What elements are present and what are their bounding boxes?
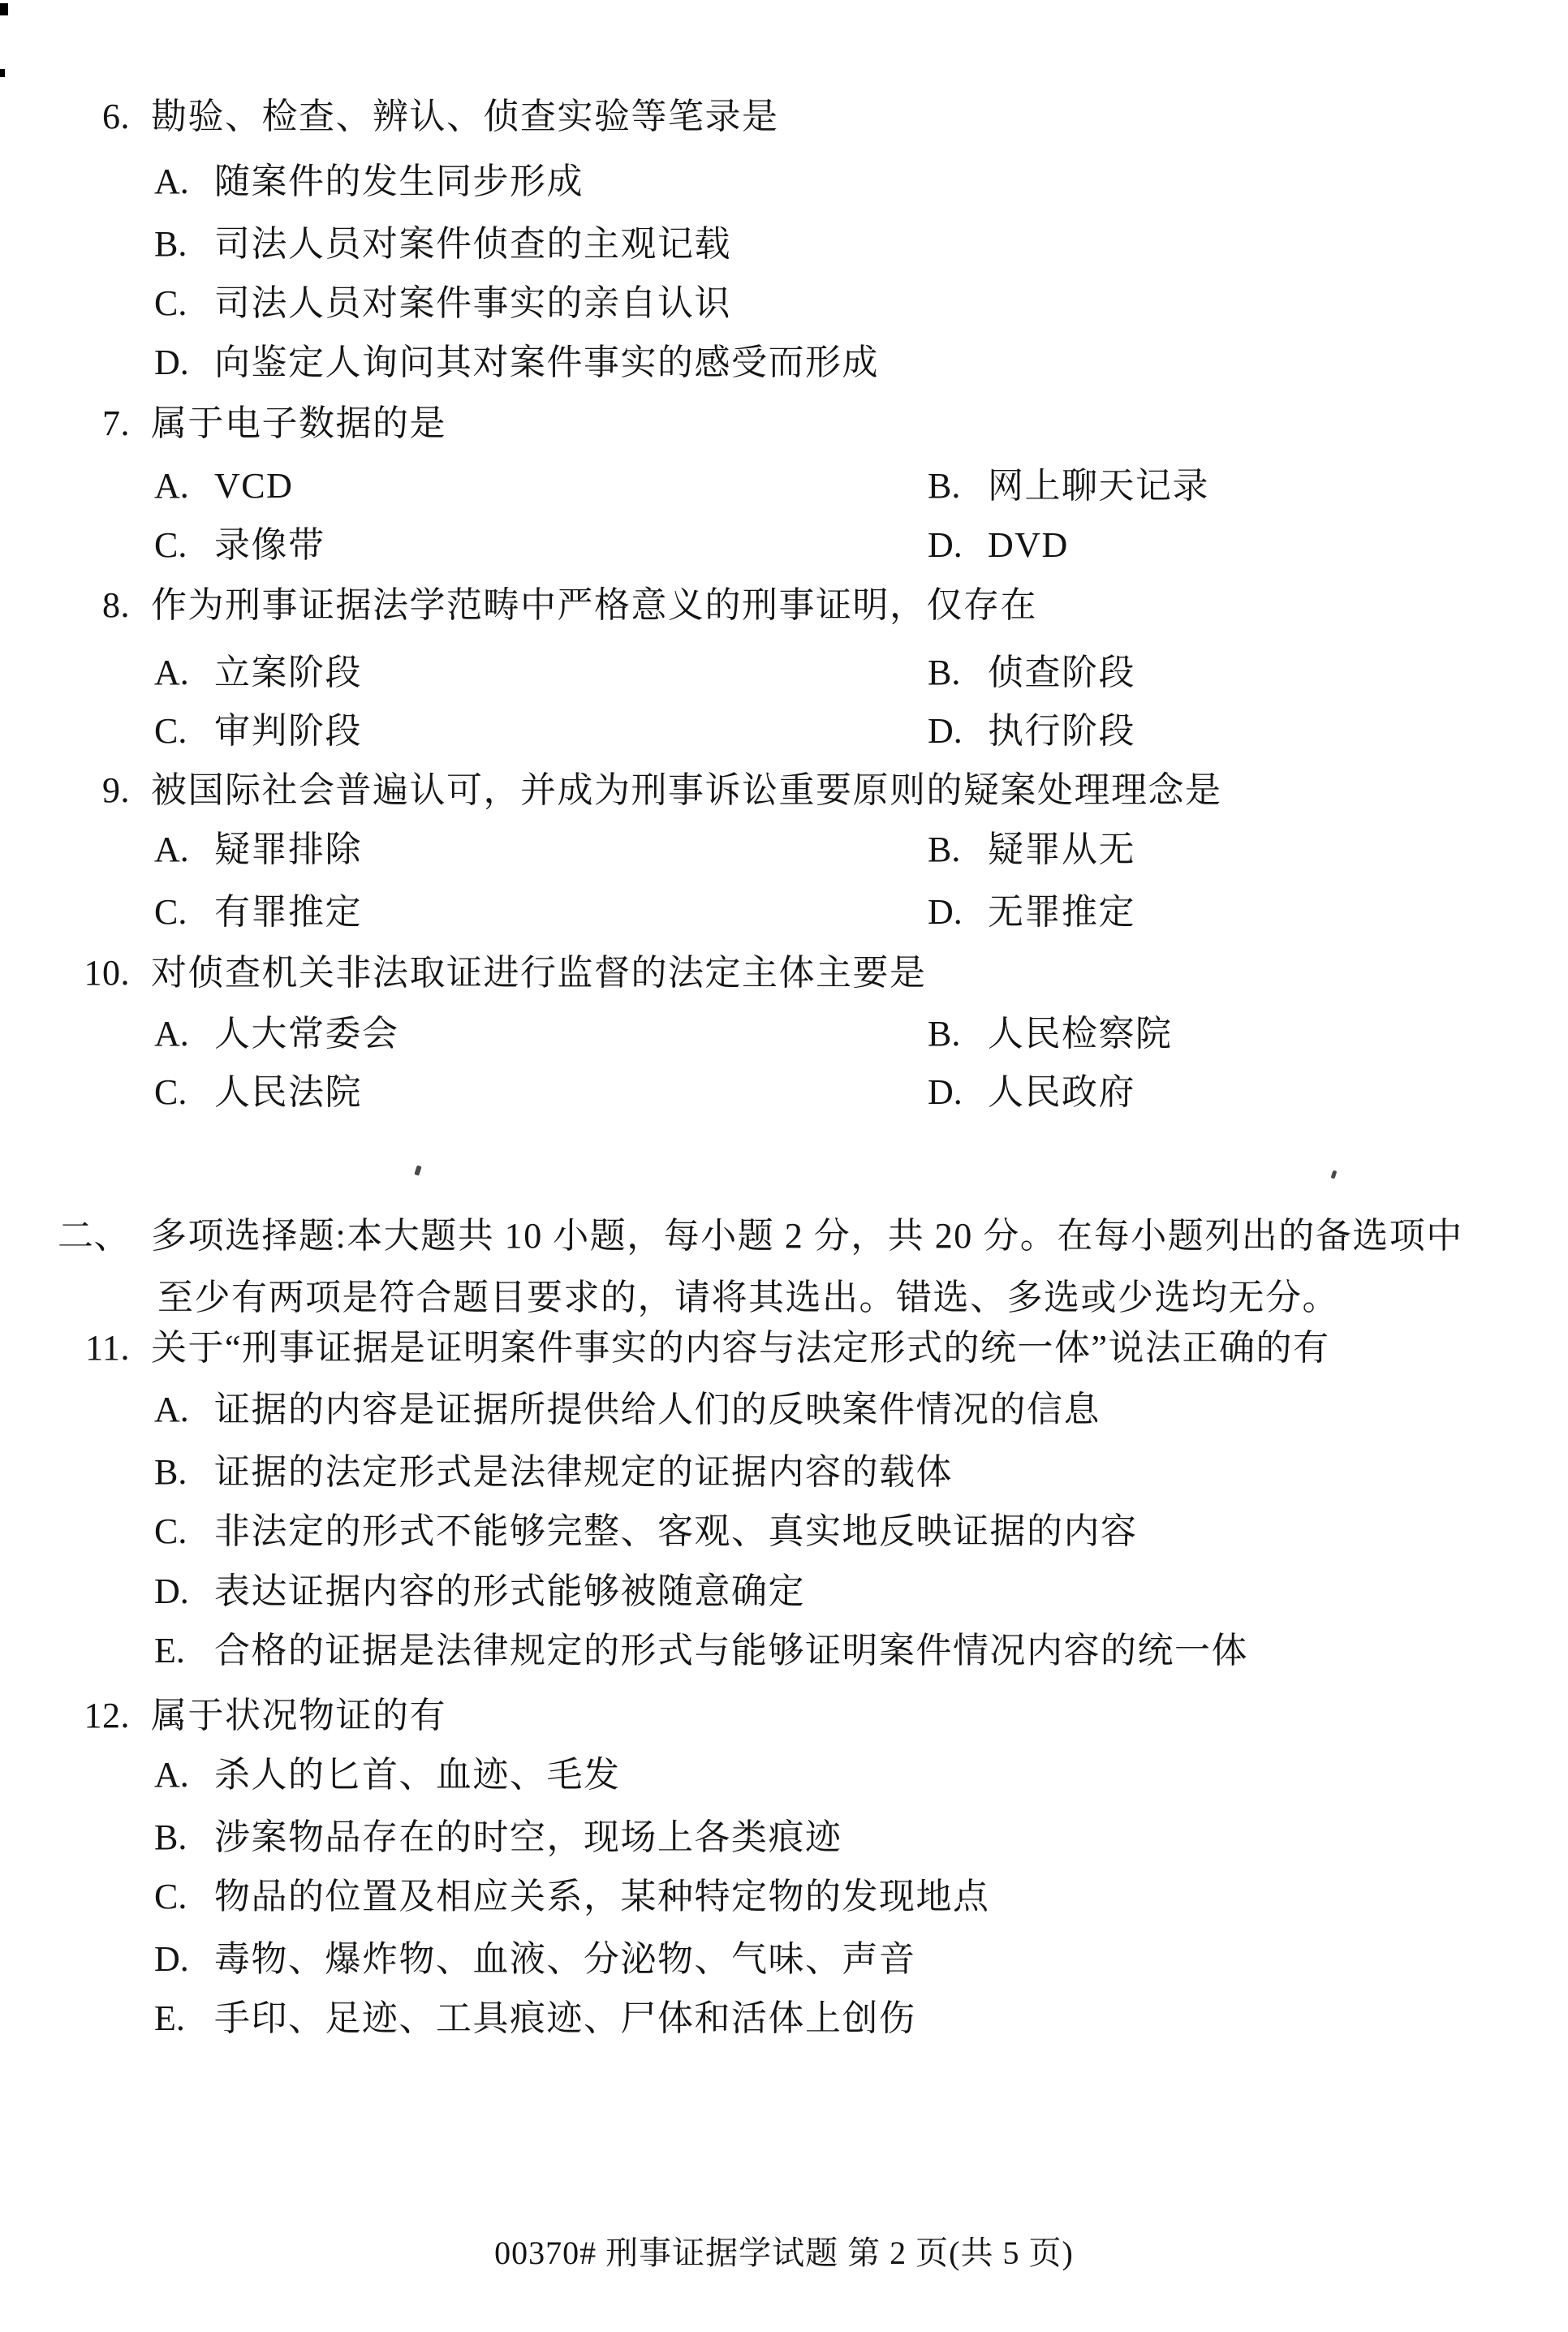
scan-speck	[414, 1165, 421, 1175]
question-10-stem-line: 10.对侦查机关非法取证进行监督的法定主体主要是	[0, 952, 927, 994]
option-text: 审判阶段	[214, 711, 362, 751]
option-label: D.	[928, 1071, 988, 1114]
option-text: 证据的法定形式是法律规定的证据内容的载体	[214, 1452, 953, 1492]
option-text: 合格的证据是法律规定的形式与能够证明案件情况内容的统一体	[214, 1631, 1248, 1670]
option-text: 人民检察院	[988, 1014, 1173, 1054]
question-6-stem: 勘验、检查、辨认、侦查实验等笔录是	[151, 97, 779, 136]
option-text: 人民法院	[214, 1072, 362, 1112]
question-11-stem: 关于“刑事证据是证明案件事实的内容与法定形式的统一体”说法正确的有	[151, 1328, 1330, 1368]
question-10-option-c: C.人民法院	[154, 1071, 362, 1114]
question-12-number: 12.	[0, 1695, 130, 1737]
option-label: B.	[154, 223, 214, 265]
option-text: 有罪推定	[214, 892, 362, 932]
question-11-option-d: D.表达证据内容的形式能够被随意确定	[154, 1571, 805, 1613]
option-text: 执行阶段	[988, 711, 1135, 751]
option-text: 物品的位置及相应关系，某种特定物的发现地点	[214, 1877, 990, 1916]
option-text: 录像带	[214, 525, 325, 565]
question-8-stem: 作为刑事证据法学范畴中严格意义的刑事证明，仅存在	[151, 585, 1037, 625]
option-label: A.	[154, 829, 214, 871]
option-label: D.	[928, 524, 988, 567]
option-text: DVD	[988, 525, 1069, 565]
question-12-option-a: A.杀人的匕首、血迹、毛发	[154, 1754, 621, 1796]
question-9-number: 9.	[0, 769, 130, 812]
option-text: 疑罪从无	[988, 830, 1135, 869]
question-6-option-c: C.司法人员对案件事实的亲自认识	[154, 282, 731, 325]
question-10-option-b: B.人民检察院	[928, 1013, 1173, 1055]
section-2-number: 二、	[0, 1215, 130, 1257]
question-7-stem-line: 7.属于电子数据的是	[0, 403, 446, 445]
option-label: C.	[154, 710, 214, 752]
question-11-option-c: C.非法定的形式不能够完整、客观、真实地反映证据的内容	[154, 1511, 1138, 1553]
question-12-option-e: E.手印、足迹、工具痕迹、尸体和活体上创伤	[154, 1998, 916, 2040]
question-12-option-d: D.毒物、爆炸物、血液、分泌物、气味、声音	[154, 1938, 916, 1981]
option-text: 无罪推定	[988, 892, 1135, 932]
option-text: 随案件的发生同步形成	[214, 162, 584, 201]
option-text: 网上聊天记录	[988, 466, 1209, 506]
option-text: 手印、足迹、工具痕迹、尸体和活体上创伤	[214, 1998, 916, 2038]
question-11-number: 11.	[0, 1327, 130, 1369]
option-text: 疑罪排除	[214, 830, 362, 869]
option-text: VCD	[214, 466, 293, 506]
question-11-option-b: B.证据的法定形式是法律规定的证据内容的载体	[154, 1451, 953, 1494]
question-10-option-a: A.人大常委会	[154, 1013, 399, 1055]
question-7-option-b: B.网上聊天记录	[928, 465, 1209, 507]
scan-artifact	[0, 3, 8, 15]
option-label: A.	[154, 1013, 214, 1055]
question-9-option-d: D.无罪推定	[928, 891, 1135, 933]
page-footer: 00370# 刑事证据学试题 第 2 页(共 5 页)	[0, 2232, 1568, 2274]
option-label: D.	[154, 1571, 214, 1613]
section-2-header-line-2: 至少有两项是符合题目要求的，请将其选出。错选、多选或少选均无分。	[157, 1277, 1339, 1319]
question-7-number: 7.	[0, 403, 130, 445]
option-label: C.	[154, 1876, 214, 1918]
option-label: B.	[928, 652, 988, 694]
question-10-stem: 对侦查机关非法取证进行监督的法定主体主要是	[151, 953, 927, 993]
question-9-option-b: B.疑罪从无	[928, 829, 1135, 871]
question-12-stem: 属于状况物证的有	[151, 1696, 446, 1735]
option-label: A.	[154, 1754, 214, 1796]
option-text: 侦查阶段	[988, 653, 1135, 692]
option-label: E.	[154, 1630, 214, 1672]
question-8-stem-line: 8.作为刑事证据法学范畴中严格意义的刑事证明，仅存在	[0, 584, 1037, 627]
option-label: A.	[154, 1389, 214, 1431]
option-label: D.	[928, 891, 988, 933]
option-text: 人民政府	[988, 1072, 1135, 1112]
question-12-stem-line: 12.属于状况物证的有	[0, 1695, 446, 1737]
option-label: D.	[154, 342, 214, 384]
question-10-number: 10.	[0, 952, 130, 994]
option-text: 人大常委会	[214, 1014, 399, 1054]
option-label: D.	[928, 710, 988, 752]
section-2-title: 多项选择题:本大题共 10 小题，每小题 2 分，共 20 分。在每小题列出的备…	[151, 1216, 1463, 1256]
question-6-stem-line: 6.勘验、检查、辨认、侦查实验等笔录是	[0, 96, 779, 138]
question-8-option-a: A.立案阶段	[154, 652, 362, 694]
question-6-number: 6.	[0, 96, 130, 138]
option-text: 非法定的形式不能够完整、客观、真实地反映证据的内容	[214, 1511, 1138, 1551]
option-label: B.	[154, 1817, 214, 1859]
question-6-option-a: A.随案件的发生同步形成	[154, 161, 584, 203]
option-label: A.	[154, 161, 214, 203]
option-label: C.	[154, 524, 214, 567]
question-9-stem-line: 9.被国际社会普遍认可，并成为刑事诉讼重要原则的疑案处理理念是	[0, 769, 1222, 812]
question-6-option-b: B.司法人员对案件侦查的主观记载	[154, 223, 731, 265]
question-7-option-a: A.VCD	[154, 465, 293, 507]
option-label: B.	[928, 829, 988, 871]
question-12-option-c: C.物品的位置及相应关系，某种特定物的发现地点	[154, 1876, 990, 1918]
section-2-header-line-1: 二、多项选择题:本大题共 10 小题，每小题 2 分，共 20 分。在每小题列出…	[0, 1215, 1463, 1257]
option-text: 表达证据内容的形式能够被随意确定	[214, 1571, 805, 1611]
option-label: E.	[154, 1998, 214, 2040]
option-text: 证据的内容是证据所提供给人们的反映案件情况的信息	[214, 1390, 1101, 1429]
question-8-option-c: C.审判阶段	[154, 710, 362, 752]
option-label: C.	[154, 1511, 214, 1553]
question-11-option-a: A.证据的内容是证据所提供给人们的反映案件情况的信息	[154, 1389, 1101, 1431]
question-8-option-d: D.执行阶段	[928, 710, 1135, 752]
question-11-option-e: E.合格的证据是法律规定的形式与能够证明案件情况内容的统一体	[154, 1630, 1248, 1672]
option-text: 杀人的匕首、血迹、毛发	[214, 1755, 621, 1795]
question-9-option-a: A.疑罪排除	[154, 829, 362, 871]
option-label: C.	[154, 1071, 214, 1114]
question-7-stem: 属于电子数据的是	[151, 403, 446, 443]
question-7-option-c: C.录像带	[154, 524, 325, 567]
question-10-option-d: D.人民政府	[928, 1071, 1135, 1114]
option-label: A.	[154, 465, 214, 507]
option-text: 司法人员对案件侦查的主观记载	[214, 224, 731, 264]
option-text: 立案阶段	[214, 653, 362, 692]
option-text: 向鉴定人询问其对案件事实的感受而形成	[214, 343, 879, 382]
question-11-stem-line: 11.关于“刑事证据是证明案件事实的内容与法定形式的统一体”说法正确的有	[0, 1327, 1330, 1369]
question-8-number: 8.	[0, 584, 130, 627]
question-9-option-c: C.有罪推定	[154, 891, 362, 933]
option-label: B.	[928, 465, 988, 507]
exam-page: 6.勘验、检查、辨认、侦查实验等笔录是 A.随案件的发生同步形成 B.司法人员对…	[0, 0, 1568, 2332]
scan-artifact	[0, 69, 5, 77]
question-8-option-b: B.侦查阶段	[928, 652, 1135, 694]
option-label: C.	[154, 282, 214, 325]
question-9-stem: 被国际社会普遍认可，并成为刑事诉讼重要原则的疑案处理理念是	[151, 770, 1222, 810]
question-7-option-d: D.DVD	[928, 524, 1069, 567]
question-12-option-b: B.涉案物品存在的时空，现场上各类痕迹	[154, 1817, 842, 1859]
option-text: 涉案物品存在的时空，现场上各类痕迹	[214, 1817, 842, 1857]
option-text: 司法人员对案件事实的亲自认识	[214, 283, 731, 323]
option-label: C.	[154, 891, 214, 933]
option-text: 毒物、爆炸物、血液、分泌物、气味、声音	[214, 1939, 916, 1979]
option-label: D.	[154, 1938, 214, 1981]
option-label: A.	[154, 652, 214, 694]
question-6-option-d: D.向鉴定人询问其对案件事实的感受而形成	[154, 342, 879, 384]
option-label: B.	[928, 1013, 988, 1055]
scan-speck	[1331, 1170, 1338, 1179]
option-label: B.	[154, 1451, 214, 1494]
